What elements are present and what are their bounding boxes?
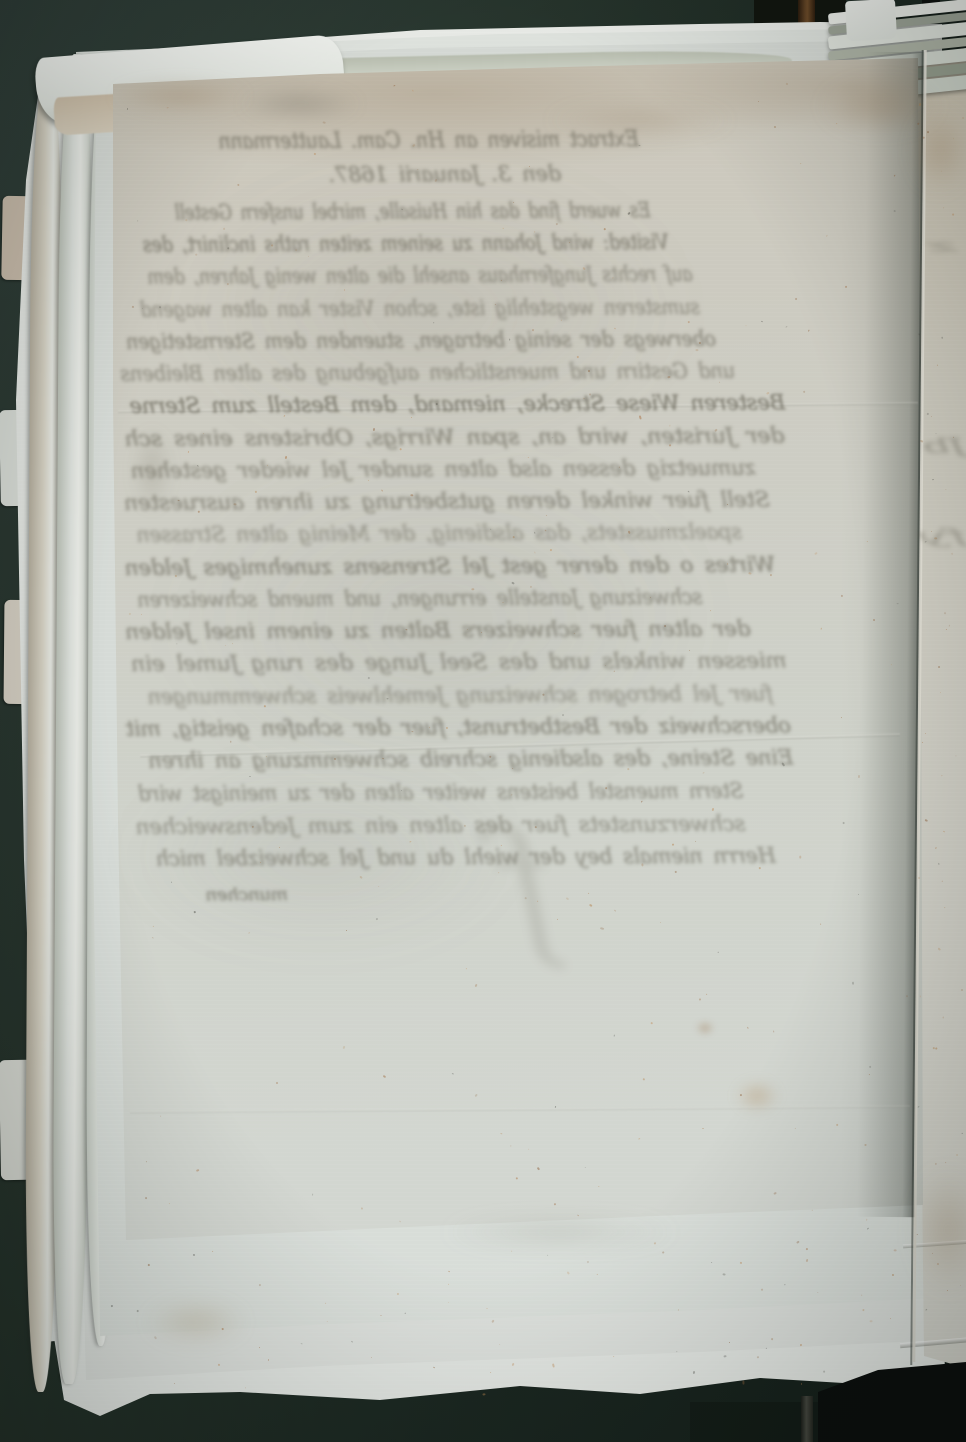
- manuscript-photo: Extract misiven an Hn. Cam. Lauttermannd…: [0, 0, 966, 1442]
- cover-seam: [801, 1396, 813, 1442]
- ink-overlay: Extract misiven an Hn. Cam. Lauttermannd…: [0, 0, 966, 1442]
